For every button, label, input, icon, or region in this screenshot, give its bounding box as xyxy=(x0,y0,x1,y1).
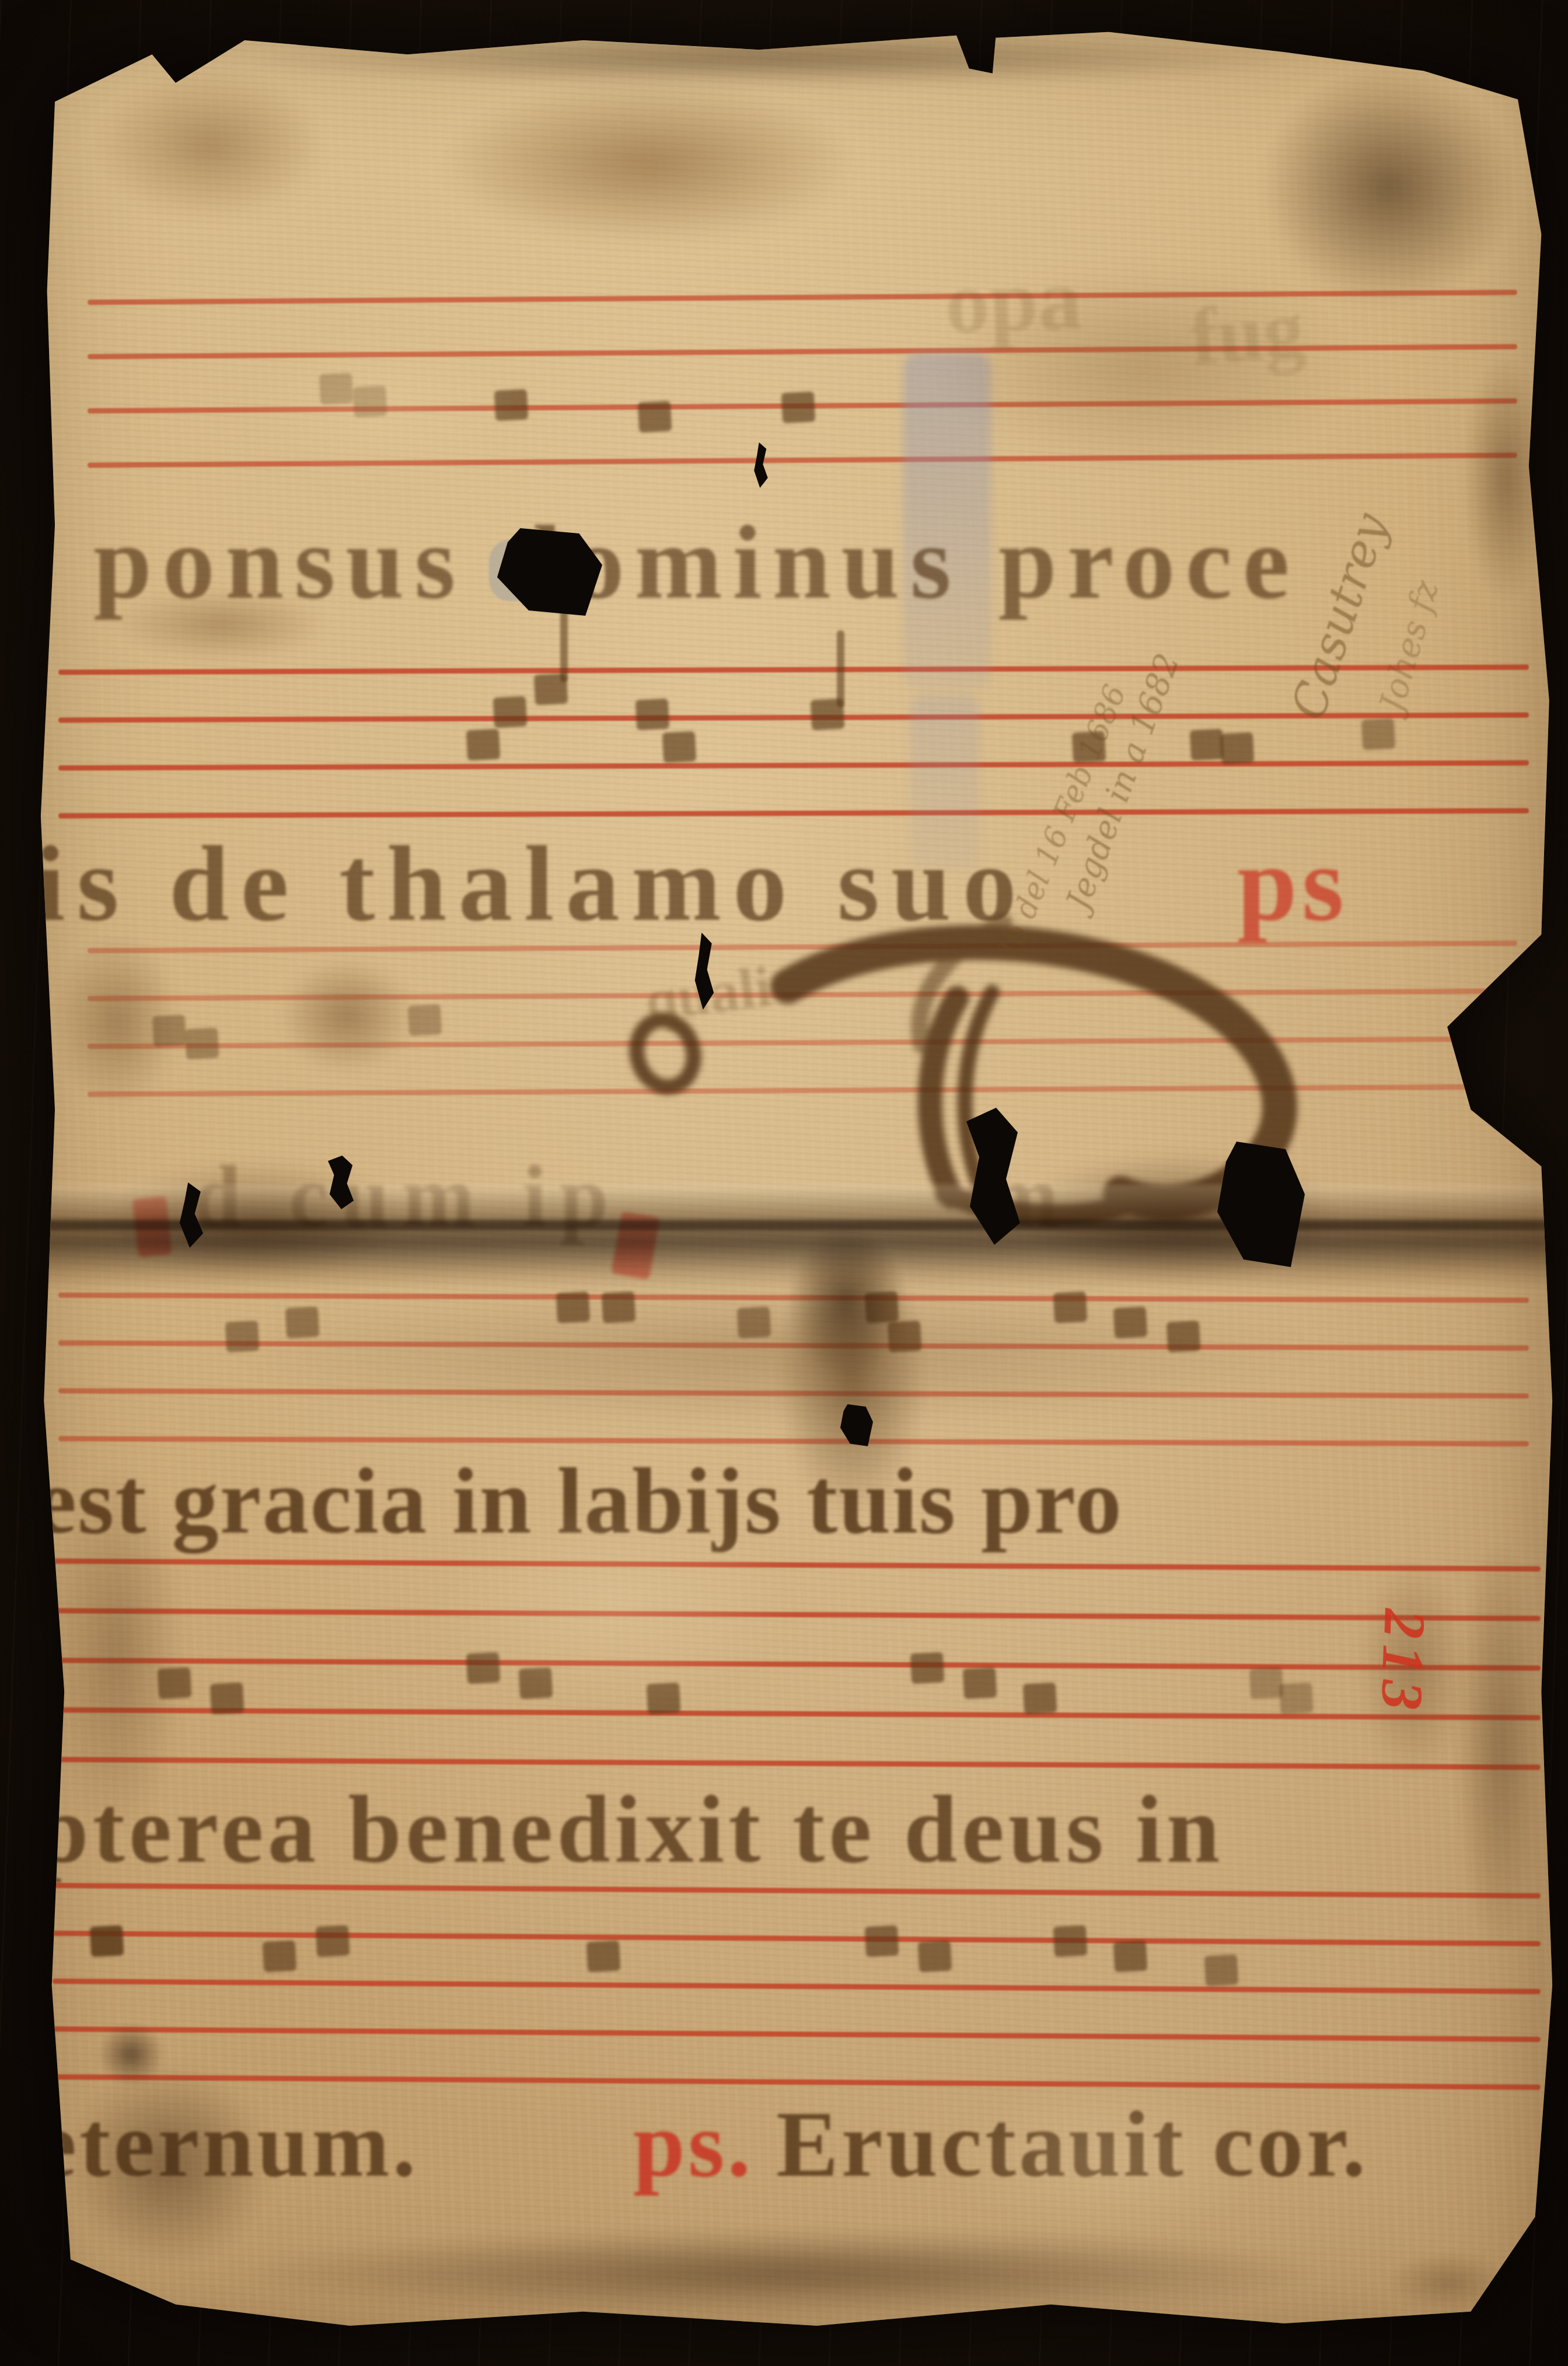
folio-number: 213 xyxy=(1367,1608,1438,1717)
parchment-hole xyxy=(1217,1142,1305,1267)
photo-backdrop: qualiopafug ponsus dominus proceis de th… xyxy=(0,0,1568,2366)
parchment-hole xyxy=(964,1108,1022,1245)
parchment-leaf: qualiopafug ponsus dominus proceis de th… xyxy=(0,0,1568,2366)
parchment-hole xyxy=(749,442,773,488)
parchment-hole xyxy=(840,1404,873,1446)
parchment-holes-layer xyxy=(0,0,1568,2366)
parchment-hole xyxy=(327,1156,355,1209)
parchment-hole xyxy=(687,933,721,1010)
parchment-wrap: qualiopafug ponsus dominus proceis de th… xyxy=(0,0,1568,2366)
parchment-hole xyxy=(170,1182,212,1248)
parchment-hole xyxy=(497,528,602,616)
